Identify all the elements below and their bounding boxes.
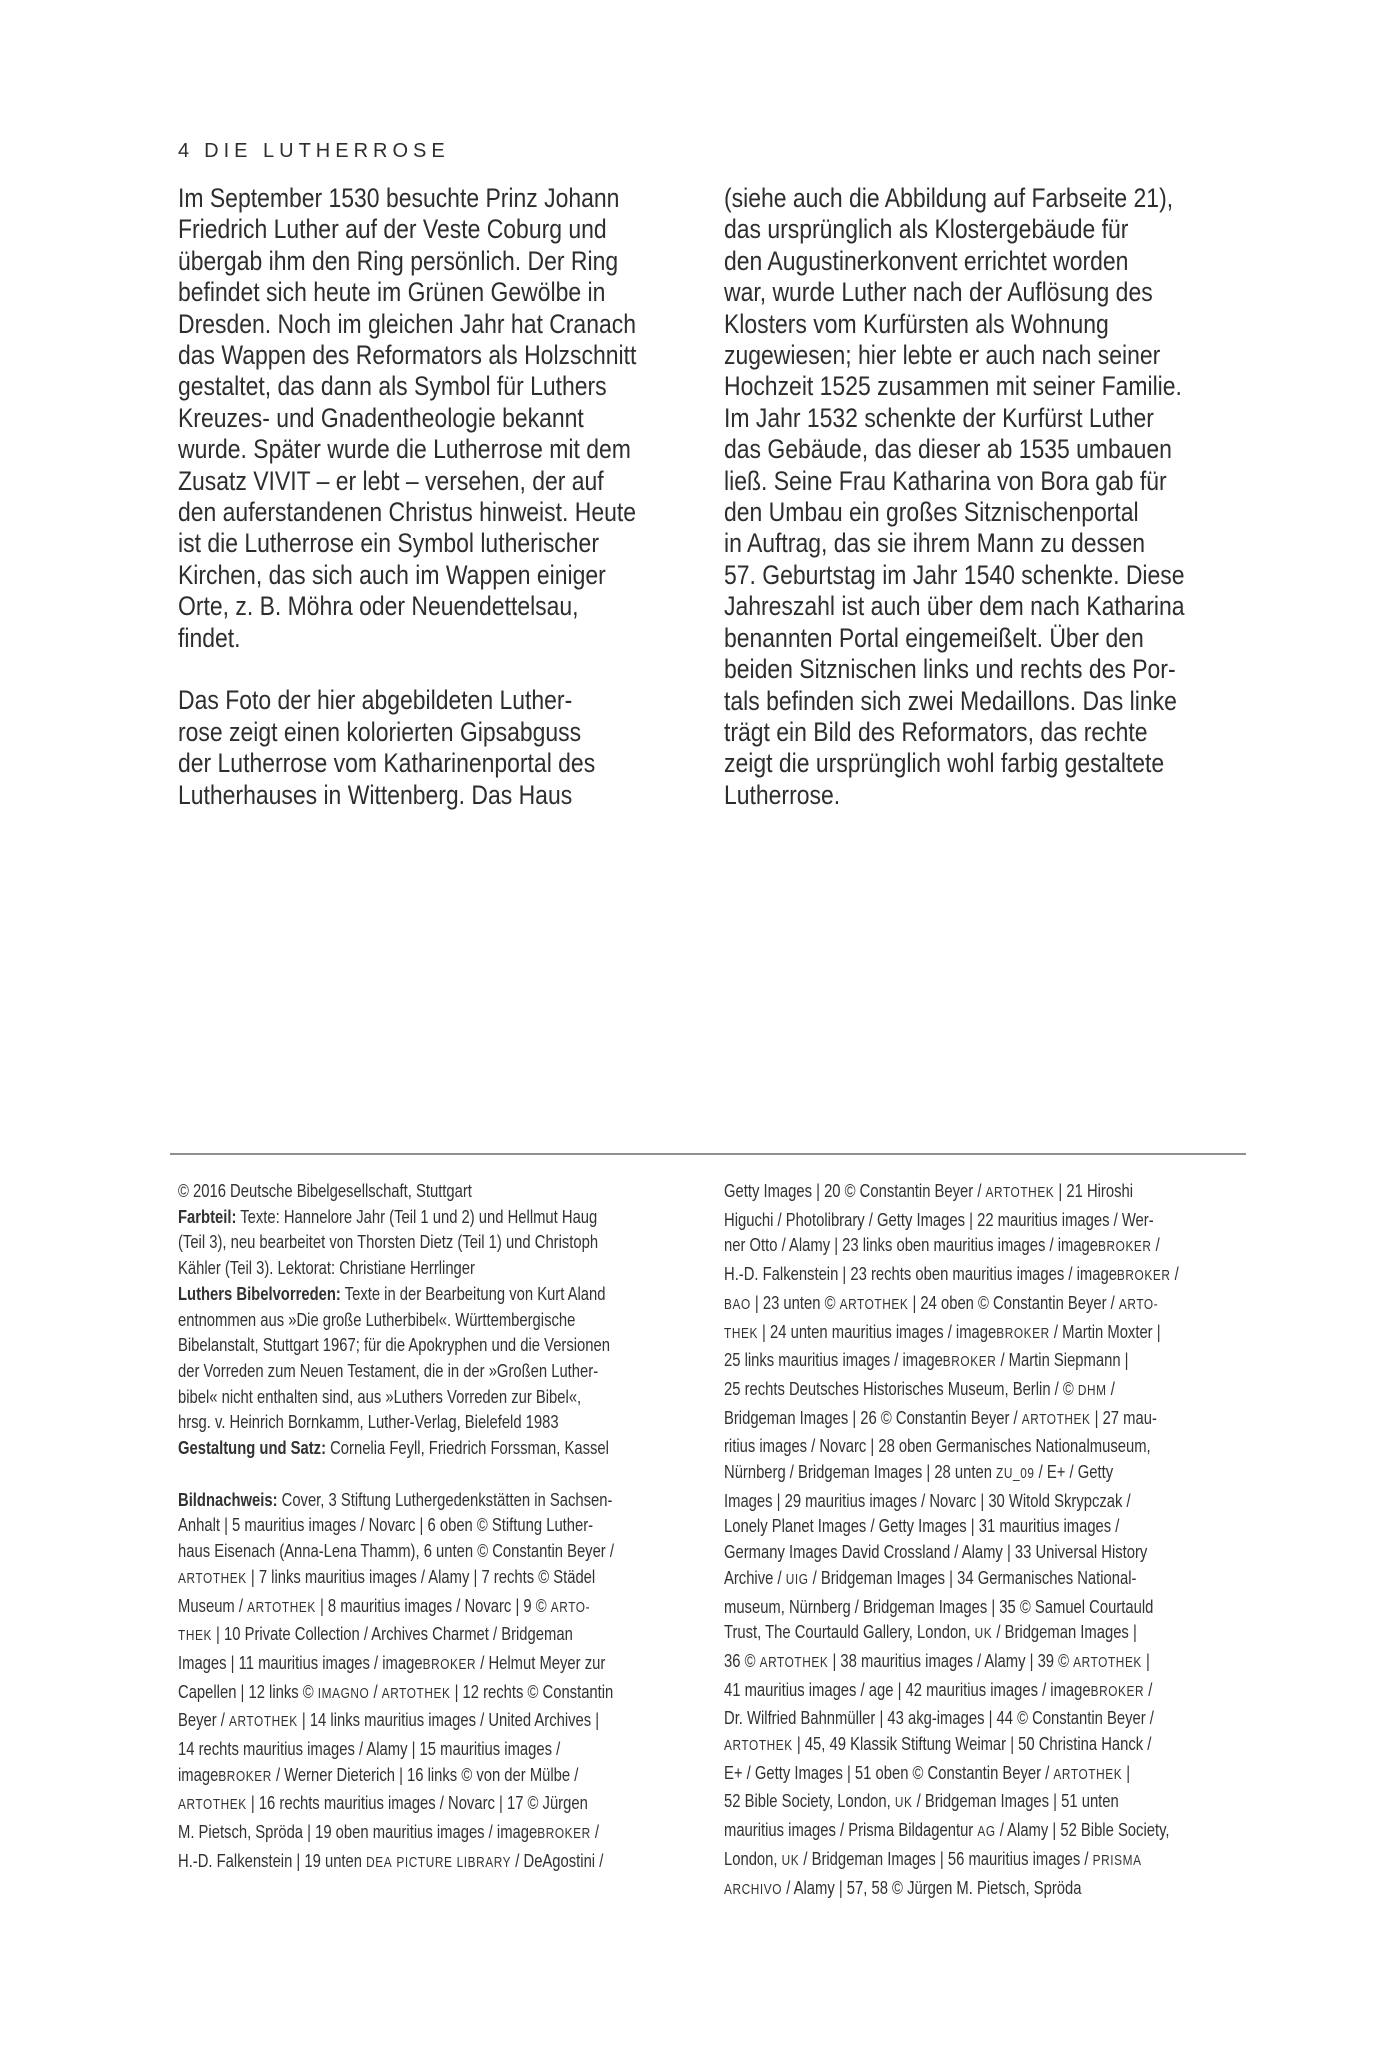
page-title: DIE LUTHERROSE [204,140,450,162]
body-column-left: Im September 1530 besuchte Prinz JohannF… [178,183,636,811]
credits-column-left: © 2016 Deutsche Bibelgesellschaft, Stutt… [178,1178,614,1877]
text-line: gestaltet, das dann als Symbol für Luthe… [178,371,636,402]
text-line: benannten Portal eingemeißelt. Über den [724,623,1185,654]
text-line: Klosters vom Kurfürsten als Wohnung [724,309,1185,340]
body-paragraph-1: Im September 1530 besuchte Prinz JohannF… [178,183,636,654]
text-line: London, UK / Bridgeman Images | 56 mauri… [724,1846,1179,1875]
book-page: 4DIE LUTHERROSE Im September 1530 besuch… [0,0,1393,2052]
text-line: Getty Images | 20 © Constantin Beyer / A… [724,1178,1179,1207]
text-line: haus Eisenach (Anna-Lena Thamm), 6 unten… [178,1538,614,1564]
text-line: (siehe auch die Abbildung auf Farbseite … [724,183,1185,214]
text-line: befindet sich heute im Grünen Gewölbe in [178,277,636,308]
text-line: rose zeigt einen kolorierten Gipsabguss [178,717,636,748]
text-line: beiden Sitznischen links und rechts des … [724,654,1185,685]
text-line: ARTOTHEK | 7 links mauritius images / Al… [178,1564,614,1593]
text-line: BAO | 23 unten © ARTOTHEK | 24 oben © Co… [724,1290,1179,1319]
text-line: Kähler (Teil 3). Lektorat: Christiane He… [178,1255,614,1281]
text-line: Bibelanstalt, Stuttgart 1967; für die Ap… [178,1332,614,1358]
text-line: 36 © ARTOTHEK | 38 mauritius images / Al… [724,1648,1179,1677]
text-line: Bridgeman Images | 26 © Constantin Beyer… [724,1405,1179,1434]
text-line: ist die Lutherrose ein Symbol lutherisch… [178,528,636,559]
text-line: findet. [178,623,636,654]
text-line: zugewiesen; hier lebte er auch nach sein… [724,340,1185,371]
text-line: den Augustinerkonvent errichtet worden [724,246,1185,277]
text-line: THEK | 10 Private Collection / Archives … [178,1621,614,1650]
text-line: ARTOTHEK | 45, 49 Klassik Stiftung Weima… [724,1731,1179,1760]
text-line: Trust, The Courtauld Gallery, London, UK… [724,1619,1179,1648]
text-line: das Wappen des Reformators als Holzschni… [178,340,636,371]
text-line: bibel« nicht enthalten sind, aus »Luther… [178,1384,614,1410]
text-line: Higuchi / Photolibrary / Getty Images | … [724,1207,1179,1233]
text-line: 52 Bible Society, London, UK / Bridgeman… [724,1788,1179,1817]
text-line: Germany Images David Crossland / Alamy |… [724,1539,1179,1565]
text-line: das ursprünglich als Klostergebäude für [724,214,1185,245]
body-paragraph-3: (siehe auch die Abbildung auf Farbseite … [724,183,1185,811]
text-line: 57. Geburtstag im Jahr 1540 schenkte. Di… [724,560,1185,591]
text-line: 14 rechts mauritius images / Alamy | 15 … [178,1736,614,1762]
text-line: E+ / Getty Images | 51 oben © Constantin… [724,1760,1179,1789]
text-line: Im September 1530 besuchte Prinz Johann [178,183,636,214]
text-line: 25 rechts Deutsches Historisches Museum,… [724,1376,1179,1405]
text-line: ritius images / Novarc | 28 oben Germani… [724,1433,1179,1459]
text-line: Capellen | 12 links © IMAGNO / ARTOTHEK … [178,1679,614,1708]
text-line: der Vorreden zum Neuen Testament, die in… [178,1358,614,1384]
text-line: der Lutherrose vom Katharinenportal des [178,748,636,779]
text-line: Jahreszahl ist auch über dem nach Kathar… [724,591,1185,622]
text-line: den auferstandenen Christus hinweist. He… [178,497,636,528]
credits-column-right: Getty Images | 20 © Constantin Beyer / A… [724,1178,1179,1903]
text-line: ARCHIVO / Alamy | 57, 58 © Jürgen M. Pie… [724,1875,1179,1904]
text-line: Orte, z. B. Möhra oder Neuendettelsau, [178,591,636,622]
picture-credits-block: Bildnachweis: Cover, 3 Stiftung Lutherge… [178,1487,614,1877]
text-line: Im Jahr 1532 schenkte der Kurfürst Luthe… [724,403,1185,434]
text-line: tals befinden sich zwei Medaillons. Das … [724,686,1185,717]
page-header: 4DIE LUTHERROSE [178,140,450,163]
text-line: Museum / ARTOTHEK | 8 mauritius images /… [178,1593,614,1622]
text-line: entnommen aus »Die große Lutherbibel«. W… [178,1307,614,1333]
text-line: Kirchen, das sich auch im Wappen einiger [178,560,636,591]
text-line: Lonely Planet Images / Getty Images | 31… [724,1513,1179,1539]
text-line: H.-D. Falkenstein | 23 rechts oben mauri… [724,1261,1179,1290]
text-line: hrsg. v. Heinrich Bornkamm, Luther-Verla… [178,1409,614,1435]
text-line: THEK | 24 unten mauritius images / image… [724,1319,1179,1348]
text-line: zeigt die ursprünglich wohl farbig gesta… [724,748,1185,779]
text-line: wurde. Später wurde die Lutherrose mit d… [178,434,636,465]
text-line: Images | 29 mauritius images / Novarc | … [724,1488,1179,1514]
text-line: Beyer / ARTOTHEK | 14 links mauritius im… [178,1707,614,1736]
text-line: übergab ihm den Ring persönlich. Der Rin… [178,246,636,277]
imprint-block: © 2016 Deutsche Bibelgesellschaft, Stutt… [178,1178,614,1461]
text-line: Zusatz VIVIT – er lebt – versehen, der a… [178,466,636,497]
text-line: Dr. Wilfried Bahnmüller | 43 akg-images … [724,1705,1179,1731]
text-line: M. Pietsch, Spröda | 19 oben mauritius i… [178,1819,614,1848]
text-line: Lutherhauses in Wittenberg. Das Haus [178,780,636,811]
text-line: Kreuzes- und Gnadentheologie bekannt [178,403,636,434]
text-line: Luthers Bibelvorreden: Texte in der Bear… [178,1281,614,1307]
text-line: imageBROKER / Werner Dieterich | 16 link… [178,1762,614,1791]
text-line: das Gebäude, das dieser ab 1535 umbauen [724,434,1185,465]
text-line: Nürnberg / Bridgeman Images | 28 unten Z… [724,1459,1179,1488]
body-column-right: (siehe auch die Abbildung auf Farbseite … [724,183,1185,811]
text-line: ließ. Seine Frau Katharina von Bora gab … [724,466,1185,497]
text-line: Das Foto der hier abgebildeten Luther- [178,685,636,716]
text-line: war, wurde Luther nach der Auflösung des [724,277,1185,308]
text-line: ARTOTHEK | 16 rechts mauritius images / … [178,1790,614,1819]
text-line: trägt ein Bild des Reformators, das rech… [724,717,1185,748]
text-line: mauritius images / Prisma Bildagentur AG… [724,1817,1179,1846]
text-line: H.-D. Falkenstein | 19 unten DEA PICTURE… [178,1848,614,1877]
text-line: 25 links mauritius images / imageBROKER … [724,1347,1179,1376]
text-line: Gestaltung und Satz: Cornelia Feyll, Fri… [178,1435,614,1461]
text-line: Bildnachweis: Cover, 3 Stiftung Lutherge… [178,1487,614,1513]
text-line: 41 mauritius images / age | 42 mauritius… [724,1677,1179,1706]
picture-credits-continued: Getty Images | 20 © Constantin Beyer / A… [724,1178,1179,1903]
text-line: Images | 11 mauritius images / imageBROK… [178,1650,614,1679]
text-line: (Teil 3), neu bearbeitet von Thorsten Di… [178,1229,614,1255]
text-line: ner Otto / Alamy | 23 links oben mauriti… [724,1232,1179,1261]
divider-rule [170,1153,1246,1155]
text-line: museum, Nürnberg / Bridgeman Images | 35… [724,1594,1179,1620]
text-line: Archive / UIG / Bridgeman Images | 34 Ge… [724,1565,1179,1594]
text-line: Farbteil: Texte: Hannelore Jahr (Teil 1 … [178,1204,614,1230]
text-line: in Auftrag, das sie ihrem Mann zu dessen [724,528,1185,559]
text-line: © 2016 Deutsche Bibelgesellschaft, Stutt… [178,1178,614,1204]
page-number: 4 [178,140,189,162]
text-line: Hochzeit 1525 zusammen mit seiner Famili… [724,371,1185,402]
body-paragraph-2: Das Foto der hier abgebildeten Luther-ro… [178,685,636,811]
text-line: Friedrich Luther auf der Veste Coburg un… [178,214,636,245]
text-line: Anhalt | 5 mauritius images / Novarc | 6… [178,1512,614,1538]
text-line: Dresden. Noch im gleichen Jahr hat Crana… [178,309,636,340]
text-line: Lutherrose. [724,780,1185,811]
text-line: den Umbau ein großes Sitznischenportal [724,497,1185,528]
